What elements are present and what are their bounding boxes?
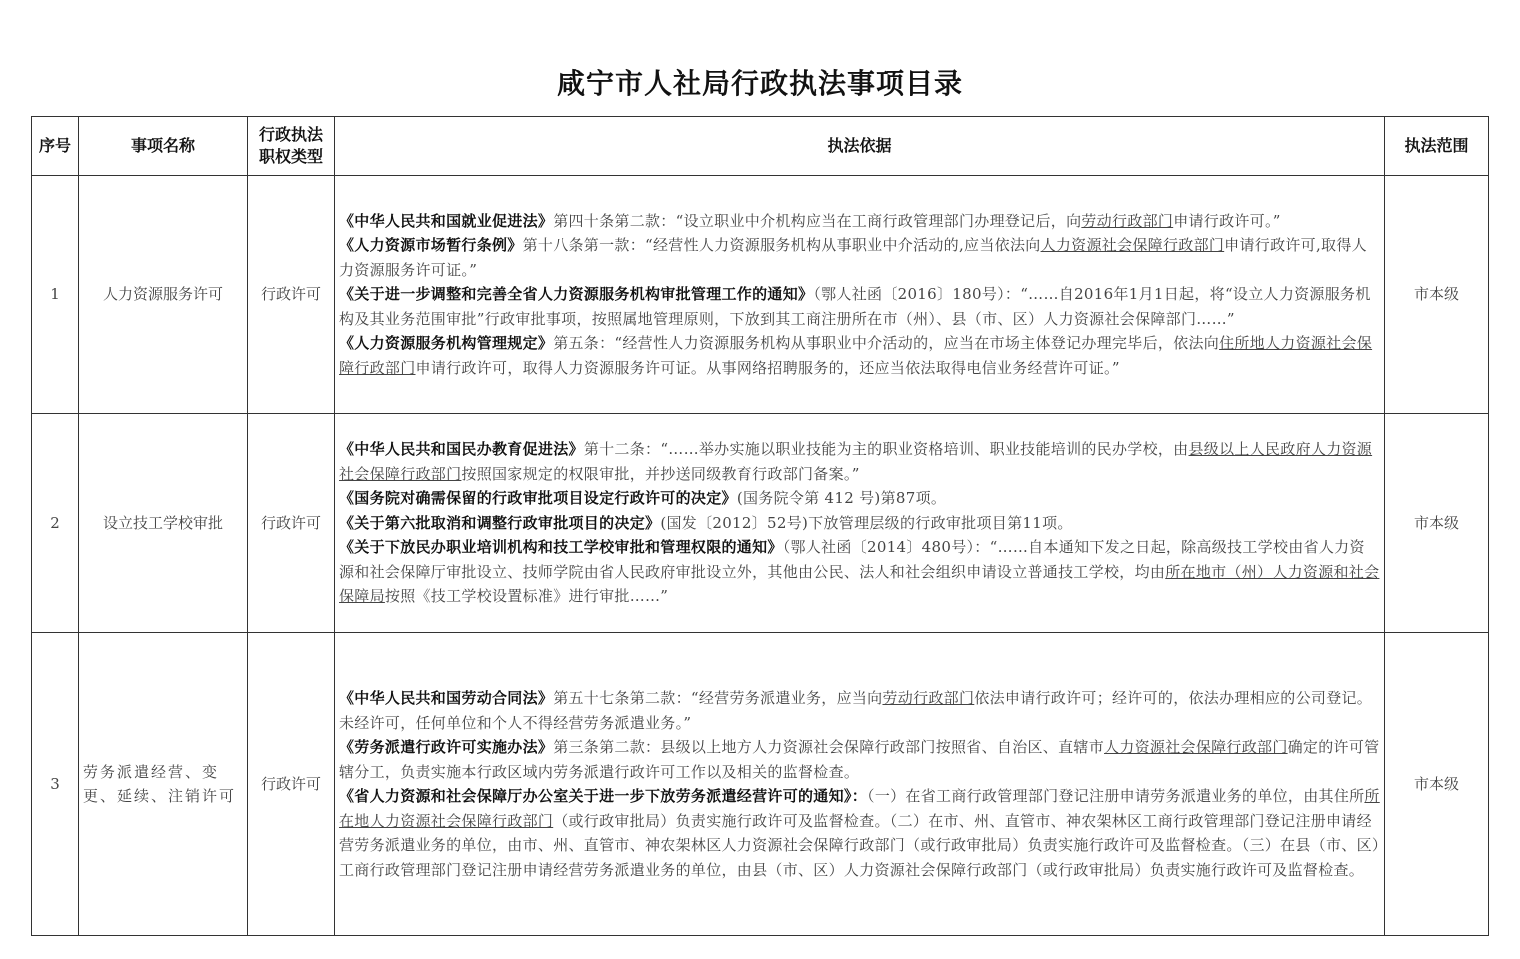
basis-text: （一）在省工商行政管理部门登记注册申请劳务派遣业务的单位，由其住所 — [867, 787, 1364, 805]
law-title: 《关于第六批取消和调整行政审批项目的决定》 — [339, 514, 660, 532]
law-title: 《中华人民共和国劳动合同法》 — [339, 689, 553, 707]
header-type-line1: 行政执法 — [259, 125, 323, 144]
basis-text: 按照《技工学校设置标准》进行审批……” — [385, 587, 668, 605]
law-title: 《中华人民共和国民办教育促进法》 — [339, 440, 584, 458]
basis-item: 《中华人民共和国就业促进法》第四十条第二款：“设立职业中介机构应当在工商行政管理… — [339, 209, 1380, 234]
law-title: 《关于进一步调整和完善全省人力资源服务机构审批管理工作的通知》 — [339, 285, 813, 303]
table-row: 3 劳务派遣经营、变更、延续、注销许可 行政许可 《中华人民共和国劳动合同法》第… — [32, 633, 1489, 936]
row-type: 行政许可 — [248, 633, 335, 936]
authority-underlined: 劳动行政部门 — [1081, 212, 1173, 230]
row-name: 设立技工学校审批 — [79, 414, 248, 633]
row-basis: 《中华人民共和国民办教育促进法》第十二条：“……举办实施以职业技能为主的职业资格… — [335, 414, 1385, 633]
page-title: 咸宁市人社局行政执法事项目录 — [0, 62, 1520, 102]
row-basis: 《中华人民共和国就业促进法》第四十条第二款：“设立职业中介机构应当在工商行政管理… — [335, 176, 1385, 414]
law-title: 《省人力资源和社会保障厅办公室关于进一步下放劳务派遣经营许可的通知》： — [339, 787, 867, 805]
row-name: 劳务派遣经营、变更、延续、注销许可 — [79, 633, 248, 936]
row-scope: 市本级 — [1385, 414, 1489, 633]
basis-text: 第三条第二款：县级以上地方人力资源社会保障行政部门按照省、自治区、直辖市 — [553, 738, 1104, 756]
header-type: 行政执法职权类型 — [248, 117, 335, 176]
basis-item: 《国务院对确需保留的行政审批项目设定行政许可的决定》(国务院令第 412 号)第… — [339, 486, 1380, 511]
basis-text: 第五十七条第二款：“经营劳务派遣业务，应当向 — [553, 689, 882, 707]
basis-text: (国务院令第 412 号)第87项。 — [737, 489, 946, 507]
row-type: 行政许可 — [248, 176, 335, 414]
basis-item: 《中华人民共和国劳动合同法》第五十七条第二款：“经营劳务派遣业务，应当向劳动行政… — [339, 686, 1380, 735]
row-num: 1 — [32, 176, 79, 414]
basis-item: 《人力资源服务机构管理规定》第五条：“经营性人力资源服务机构从事职业中介活动的，… — [339, 331, 1380, 380]
basis-item: 《省人力资源和社会保障厅办公室关于进一步下放劳务派遣经营许可的通知》：（一）在省… — [339, 784, 1380, 882]
header-scope: 执法范围 — [1385, 117, 1489, 176]
basis-item: 《关于第六批取消和调整行政审批项目的决定》(国发〔2012〕52号)下放管理层级… — [339, 511, 1380, 536]
enforcement-catalog-table: 序号 事项名称 行政执法职权类型 执法依据 执法范围 1 人力资源服务许可 行政… — [31, 116, 1489, 936]
basis-text: 按照国家规定的权限审批，并抄送同级教育行政部门备案。” — [461, 465, 859, 483]
row-name: 人力资源服务许可 — [79, 176, 248, 414]
authority-underlined: 人力资源社会保障行政部门 — [1041, 236, 1225, 254]
header-basis: 执法依据 — [335, 117, 1385, 176]
basis-text: (国发〔2012〕52号)下放管理层级的行政审批项目第11项。 — [660, 514, 1072, 532]
authority-underlined: 劳动行政部门 — [882, 689, 974, 707]
basis-item: 《关于进一步调整和完善全省人力资源服务机构审批管理工作的通知》（鄂人社函〔201… — [339, 282, 1380, 331]
header-name: 事项名称 — [79, 117, 248, 176]
row-basis: 《中华人民共和国劳动合同法》第五十七条第二款：“经营劳务派遣业务，应当向劳动行政… — [335, 633, 1385, 936]
row-num: 3 — [32, 633, 79, 936]
basis-text: 第十八条第一款：“经营性人力资源服务机构从事职业中介活动的,应当依法向 — [523, 236, 1041, 254]
header-type-line2: 职权类型 — [259, 147, 323, 166]
basis-item: 《劳务派遣行政许可实施办法》第三条第二款：县级以上地方人力资源社会保障行政部门按… — [339, 735, 1380, 784]
row-scope: 市本级 — [1385, 633, 1489, 936]
basis-text: 申请行政许可。” — [1173, 212, 1281, 230]
basis-item: 《中华人民共和国民办教育促进法》第十二条：“……举办实施以职业技能为主的职业资格… — [339, 437, 1380, 486]
basis-text: 第四十条第二款：“设立职业中介机构应当在工商行政管理部门办理登记后，向 — [553, 212, 1081, 230]
table-row: 1 人力资源服务许可 行政许可 《中华人民共和国就业促进法》第四十条第二款：“设… — [32, 176, 1489, 414]
basis-item: 《关于下放民办职业培训机构和技工学校审批和管理权限的通知》（鄂人社函〔2014〕… — [339, 535, 1380, 609]
basis-item: 《人力资源市场暂行条例》第十八条第一款：“经营性人力资源服务机构从事职业中介活动… — [339, 233, 1380, 282]
row-type: 行政许可 — [248, 414, 335, 633]
law-title: 《关于下放民办职业培训机构和技工学校审批和管理权限的通知》 — [339, 538, 783, 556]
header-num: 序号 — [32, 117, 79, 176]
authority-underlined: 人力资源社会保障行政部门 — [1104, 738, 1288, 756]
law-title: 《人力资源市场暂行条例》 — [339, 236, 523, 254]
law-title: 《国务院对确需保留的行政审批项目设定行政许可的决定》 — [339, 489, 737, 507]
basis-text: 申请行政许可，取得人力资源服务许可证。从事网络招聘服务的，还应当依法取得电信业务… — [416, 359, 1120, 377]
row-scope: 市本级 — [1385, 176, 1489, 414]
law-title: 《劳务派遣行政许可实施办法》 — [339, 738, 553, 756]
basis-text: 第五条：“经营性人力资源服务机构从事职业中介活动的，应当在市场主体登记办理完毕后… — [553, 334, 1219, 352]
row-num: 2 — [32, 414, 79, 633]
table-header-row: 序号 事项名称 行政执法职权类型 执法依据 执法范围 — [32, 117, 1489, 176]
table-row: 2 设立技工学校审批 行政许可 《中华人民共和国民办教育促进法》第十二条：“……… — [32, 414, 1489, 633]
basis-text: 第十二条：“……举办实施以职业技能为主的职业资格培训、职业技能培训的民办学校，由 — [584, 440, 1189, 458]
law-title: 《中华人民共和国就业促进法》 — [339, 212, 553, 230]
law-title: 《人力资源服务机构管理规定》 — [339, 334, 553, 352]
